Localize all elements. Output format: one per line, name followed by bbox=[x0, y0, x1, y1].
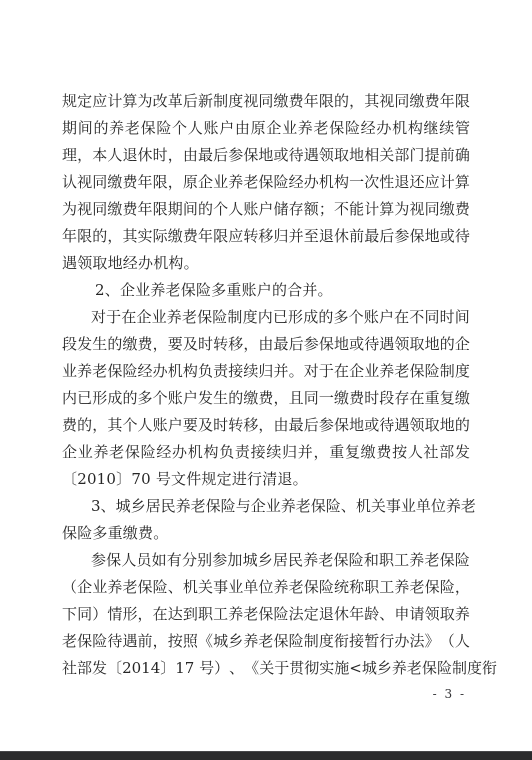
document-text-block: 规定应计算为改革后新制度视同缴费年限的，其视同缴费年限期间的养老保险个人账户由原… bbox=[62, 88, 470, 682]
text-line: 〔2010〕70 号文件规定进行清退。 bbox=[62, 466, 470, 493]
viewer-bottom-bar bbox=[0, 751, 532, 760]
text-line: （企业养老保险、机关事业单位养老保险统称职工养老保险， bbox=[62, 574, 470, 601]
text-line: 为视同缴费年限期间的个人账户储存额；不能计算为视同缴费 bbox=[62, 196, 470, 223]
text-line: 2、企业养老保险多重账户的合并。 bbox=[95, 277, 470, 304]
text-line: 年限的，其实际缴费年限应转移归并至退休前最后参保地或待 bbox=[62, 223, 470, 250]
text-line: 内已形成的多个账户发生的缴费，且同一缴费时段存在重复缴 bbox=[62, 385, 470, 412]
text-line: 期间的养老保险个人账户由原企业养老保险经办机构继续管 bbox=[62, 115, 470, 142]
text-line: 社部发〔2014〕17 号）、《关于贯彻实施<城乡养老保险制度衔 bbox=[62, 655, 470, 682]
page-number: - 3 - bbox=[433, 687, 466, 701]
document-page: 规定应计算为改革后新制度视同缴费年限的，其视同缴费年限期间的养老保险个人账户由原… bbox=[0, 0, 532, 751]
text-line: 费的，其个人账户要及时转移，由最后参保地或待遇领取地的 bbox=[62, 412, 470, 439]
text-line: 规定应计算为改革后新制度视同缴费年限的，其视同缴费年限 bbox=[62, 88, 470, 115]
text-line: 段发生的缴费，要及时转移，由最后参保地或待遇领取地的企 bbox=[62, 331, 470, 358]
text-line: 遇领取地经办机构。 bbox=[62, 250, 470, 277]
text-line: 对于在企业养老保险制度内已形成的多个账户在不同时间 bbox=[91, 304, 470, 331]
text-line: 业养老保险经办机构负责接续归并。对于在企业养老保险制度 bbox=[62, 358, 470, 385]
text-line: 理，本人退休时，由最后参保地或待遇领取地相关部门提前确 bbox=[62, 142, 470, 169]
text-line: 保险多重缴费。 bbox=[62, 520, 470, 547]
screenshot-root: { "page": { "background": "#ffffff", "te… bbox=[0, 0, 532, 760]
text-line: 3、城乡居民养老保险与企业养老保险、机关事业单位养老 bbox=[91, 493, 470, 520]
text-line: 企业养老保险经办机构负责接续归并，重复缴费按人社部发 bbox=[62, 439, 470, 466]
text-line: 认视同缴费年限，原企业养老保险经办机构一次性退还应计算 bbox=[62, 169, 470, 196]
text-line: 下同）情形，在达到职工养老保险法定退休年龄、申请领取养 bbox=[62, 601, 470, 628]
text-line: 老保险待遇前，按照《城乡养老保险制度衔接暂行办法》（人 bbox=[62, 628, 470, 655]
text-line: 参保人员如有分别参加城乡居民养老保险和职工养老保险 bbox=[91, 547, 470, 574]
